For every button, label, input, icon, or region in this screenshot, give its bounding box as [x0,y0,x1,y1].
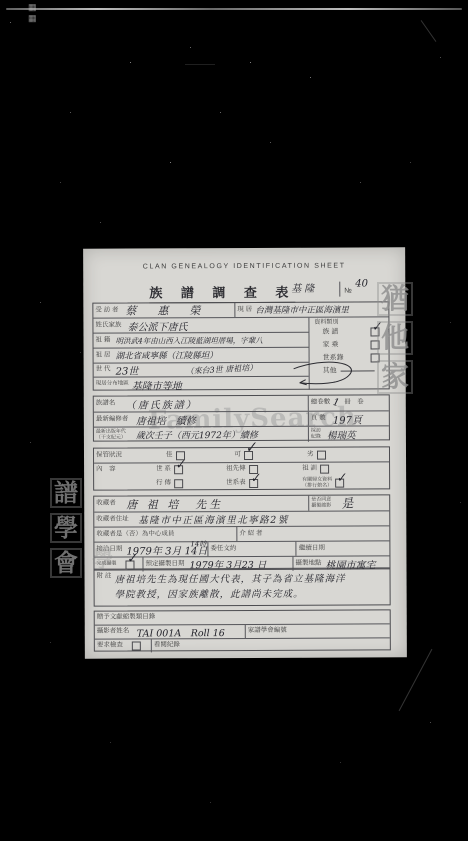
condition-poor-label: 劣 [305,451,314,458]
owner-address-value: 基隆市中正區海濱里北寧路2號 [138,512,289,527]
distribution-value: 基隆市等地 [132,377,182,392]
number-label: № [344,288,352,295]
photographer-value: TAI 001A Roll 16 [137,625,245,639]
content-lineage-chart-checkbox: ✓ [249,479,258,488]
category-family-record-label: 家 乘 [321,342,339,349]
film-scratch [421,20,437,42]
form-title: 族 譜 調 查 表 [149,282,295,304]
watermark-seal-right: 猶 他 家 [377,282,413,399]
owner-label: 收藏者 [94,501,126,508]
consent-label-line2: 攝製縮影 [311,502,331,508]
number-divider [339,282,340,297]
introducer-label: 介 紹 者 [237,531,262,538]
schedule-date-label: 預定攝製日期 [143,561,189,568]
content-women-label-line2: （排行娘名） [302,482,332,488]
check-mark: ✓ [244,440,258,456]
sheet-title-en: CLAN GENEALOGY IDENTIFICATION SHEET [83,262,405,270]
continue-date-label: 繼續日期 [297,545,325,552]
condition-fair-checkbox: ✓ [244,450,253,459]
handwritten-arrow [290,360,364,396]
watermark-seal-char: 譜 [50,478,82,508]
distribution-label: 現居分布地區 [94,382,132,388]
category-genealogy-label: 族 譜 [320,329,338,336]
clan-label: 姓氏家族 [93,322,127,329]
watermark-seal-char: 猶 [377,282,413,316]
film-scratch [185,64,215,65]
film-marker-icon: ▦ [28,3,37,12]
content-lineage-chart-label: 世系表 [224,480,246,487]
film-marker-icon: ▦ [28,14,37,23]
condition-fair-label: 可 [232,452,241,459]
watermark-seal-char: 學 [50,513,82,543]
content-precepts-checkbox [320,465,329,474]
filming-place-label: 攝製地點 [293,560,325,567]
former-home-label: 祖 居 [94,352,116,359]
generations-value: 23世 [116,362,139,377]
owner-name: 唐 祖 培 先生 [126,495,308,512]
review-record-label: 看閱紀錄 [152,642,180,649]
member-label: 收藏者是（否）為中心成員 [94,531,236,538]
watermark-seal-char: 他 [377,321,413,355]
condition-section: 保管狀況 佳 可✓ 劣 內 容 世 系✓ 祖先傳 祖 訓 行 傳 世系表✓ 有關… [93,446,390,490]
clan-value: 泰公派下唐氏 [127,318,187,333]
respondent-section: 受 訪 者 蔡 惠 榮 現 居 台灣基隆市中正區海濱里 姓氏家族 泰公派下唐氏 … [92,301,389,390]
condition-label: 保管狀況 [94,452,146,459]
check-mark: ✓ [126,551,139,565]
check-mark: ✓ [249,471,261,484]
film-edge-line [6,8,462,10]
photographer-label: 攝影者姓名 [95,629,137,636]
genealogy-form-page: CLAN GENEALOGY IDENTIFICATION SHEET 族 譜 … [83,247,407,658]
society-number-label: 家譜學會編號 [246,628,287,635]
content-lineage-label: 世 系 [154,466,171,473]
region-handwritten: 基隆 [291,280,317,295]
origin-label: 祖 籍 [93,337,115,344]
inspection-checkbox [132,641,141,650]
form-title-row: 族 譜 調 查 表 基隆 № 40 [83,279,405,300]
owner-address-label: 收藏者住址 [94,516,138,523]
origin-value: 明洪武4年由山西入江陵藍湖坦厝場，字輩八 [115,334,262,346]
genealogy-name-label: 族譜名 [94,401,126,408]
watermark-seal-fragment: 學 [92,543,114,574]
consent-value: 是 [340,494,354,512]
respondent-label: 受 訪 者 [93,307,125,314]
contract-label: 委任文約 [208,546,236,553]
respondent-name: 蔡 惠 榮 [125,302,234,318]
generations-label: 世 代 [94,367,116,374]
microfilm-scan: { "colors":{"background":"#000000","pape… [0,0,468,841]
recorder-label-line2: 紀錄 [311,433,321,439]
film-scratch [399,649,433,711]
residence-label: 現 居 [235,307,255,314]
content-women-checkbox: ✓ [335,479,344,488]
inspection-label: 要求檢查 [95,643,129,650]
check-mark: ✓ [174,458,186,471]
watermark-seal-char: 家 [377,360,413,394]
condition-poor-checkbox [316,450,325,459]
watermark-seal-char: 會 [50,548,82,578]
contact-time-note: 14時 [190,539,206,549]
editor-label: 最新編修者 [94,416,136,423]
content-biographies-label: 祖先傳 [224,466,246,473]
remarks-line2: 學院教授，因家族離散，此譜尚未完成。 [115,587,346,603]
condition-good-label: 佳 [164,452,173,459]
watermark-seal-left: 譜 學 會 [50,478,82,583]
content-women-label: 有關婦女資料 （排行娘名） [300,478,332,489]
consent-label: 是否同意 攝製縮影 [309,498,341,509]
remarks-section: 附 註 唐祖培先生為現任國大代表，其子為省立基隆海洋 學院教授，因家族離散，此譜… [94,567,391,606]
residence-value: 台灣基隆市中正區海濱里 [255,304,349,316]
content-precepts-label: 祖 訓 [300,466,317,473]
former-home-value: 湖北省咸寧縣（江陵縣坦） [116,349,218,361]
content-conduct-checkbox [174,479,183,488]
remarks-line1: 唐祖培先生為現任國大代表，其子為省立基隆海洋 [115,572,346,588]
admin-section: 贈予文獻縮製類目錄 攝影者姓名 TAI 001A Roll 16 家譜學會編號 … [94,609,391,651]
number-value-handwritten: 40 [355,278,368,289]
content-lineage-checkbox: ✓ [174,465,183,474]
content-conduct-label: 行 傳 [154,480,171,487]
donation-label: 贈予文獻縮製類目錄 [95,614,156,621]
check-mark: ✓ [335,471,347,484]
content-label: 內 容 [94,467,146,474]
owner-section: 收藏者 唐 祖 培 先生 是否同意 攝製縮影 是 收藏者住址 基隆市中正區海濱里… [93,494,390,570]
year-label: 最新出版年代 （干支紀元） [94,429,136,440]
year-label-line2: （干支紀元） [96,434,126,440]
watermark-familysearch-text: FamilySearch [148,402,357,436]
generations-note: （來台3世 唐祖培） [185,362,257,377]
film-dust-specks [10,22,11,23]
